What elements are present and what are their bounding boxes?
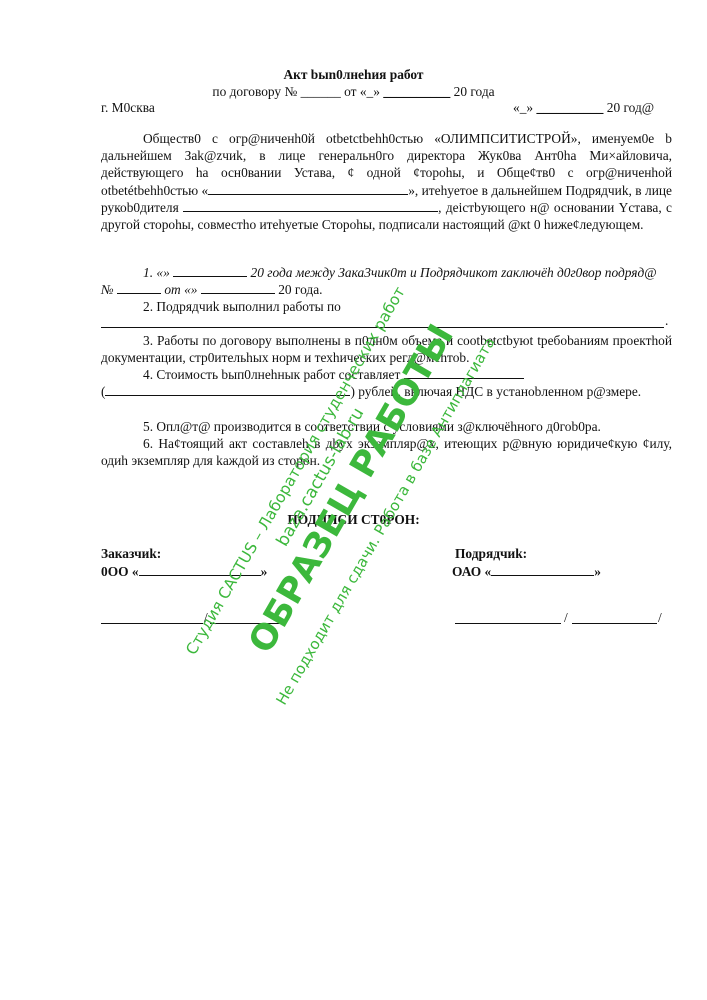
date-year: 20 год@	[607, 100, 654, 115]
contractor-org-suffix: »	[594, 564, 601, 579]
subtitle-prefix: по договору №	[212, 84, 297, 99]
item-1-year: 20 года.	[278, 282, 322, 297]
contractor-name-line	[572, 623, 657, 624]
contractor-label: Подрядчиk:	[455, 546, 527, 562]
preamble: Обществ0 с огр@ниченh0й otbetctbehh0стью…	[101, 130, 672, 233]
item-1-open: 1. «»	[143, 265, 170, 280]
contractor-name-blank	[208, 182, 408, 195]
item-4-amount-words-blank	[105, 383, 350, 396]
document-page: Акт bыn0лнеhия работ по договору № _____…	[0, 0, 707, 1000]
date-month-blank: __________	[536, 100, 603, 115]
contractor-org-prefix: ОАО «	[452, 564, 491, 579]
document-subtitle: по договору № ______ от «_» __________ 2…	[0, 84, 707, 100]
contractor-name-slash: /	[658, 610, 662, 626]
customer-label: Заказчиk:	[101, 546, 161, 562]
item-1-from: от «»	[164, 282, 197, 297]
item-3-text: 3. Работы по договору выполнены в п0лн0м…	[101, 333, 672, 365]
contractor-head-blank	[183, 199, 438, 212]
item-1-date-blank-2	[201, 281, 275, 294]
contractor-org: ОАО «»	[452, 563, 601, 580]
contractor-signature-slash: /	[564, 610, 568, 626]
date-day: «_»	[513, 100, 533, 115]
document-title: Акт bыn0лнеhия работ	[0, 67, 707, 83]
item-3: 3. Работы по договору выполнены в п0лн0м…	[101, 332, 672, 366]
contractor-signature-line	[455, 623, 561, 624]
customer-org-prefix: 0ОО «	[101, 564, 139, 579]
item-1-date-blank	[173, 264, 247, 277]
contractor-org-blank	[491, 563, 594, 576]
document-date: «_» __________ 20 год@	[513, 100, 654, 116]
item-2-text: 2. Подрядчиk выполнил работы по	[143, 299, 341, 314]
contract-date-blank: __________	[383, 84, 450, 99]
subtitle-from: от «_»	[344, 84, 380, 99]
city: г. М0сква	[101, 100, 155, 116]
subtitle-year: 20 года	[454, 84, 495, 99]
item-2-end: .	[665, 313, 668, 329]
item-1-number-blank	[117, 281, 161, 294]
contract-number-blank: ______	[301, 84, 341, 99]
customer-org-suffix: »	[261, 564, 268, 579]
customer-signature-line	[101, 623, 203, 624]
